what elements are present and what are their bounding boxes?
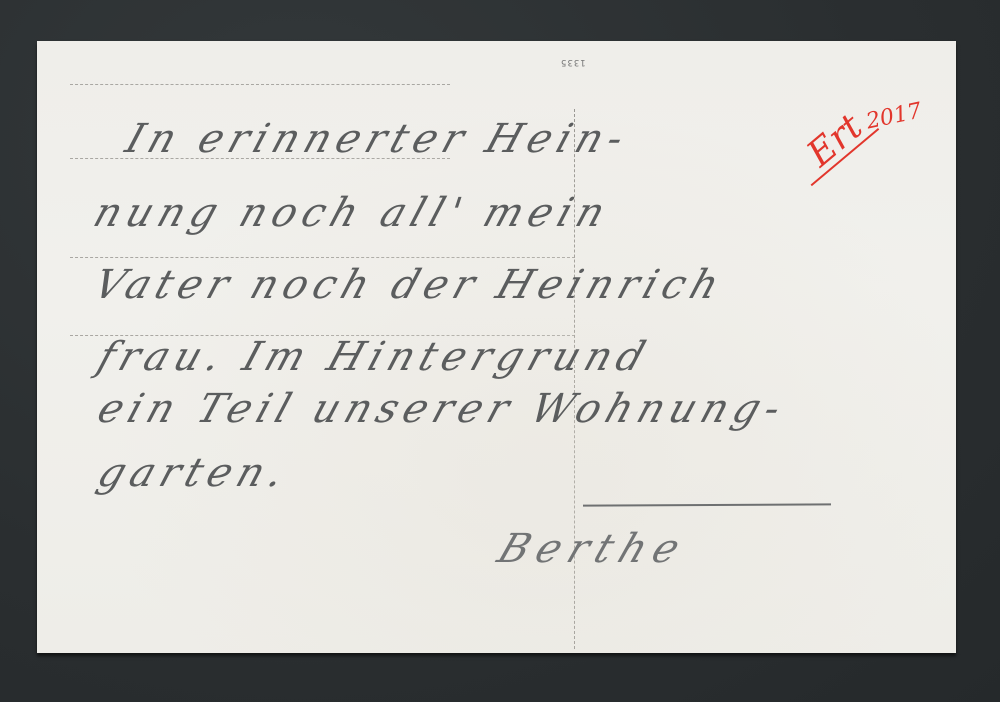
handwritten-line-1: In erinnerter Hein- [120, 116, 635, 162]
signature: Berthe [492, 526, 694, 572]
writing-guide-line [70, 257, 575, 258]
handwritten-line-2: nung noch all' mein [88, 190, 617, 236]
handwritten-line-3: Vater noch der Heinrich [88, 262, 731, 308]
handwritten-line-4: frau. Im Hintergrund [92, 334, 657, 380]
writing-guide-line [70, 84, 450, 85]
serial-number: 1335 [560, 57, 586, 67]
handwritten-line-6: garten. [92, 450, 296, 496]
handwritten-line-5: ein Teil unserer Wohnung- [92, 386, 792, 432]
